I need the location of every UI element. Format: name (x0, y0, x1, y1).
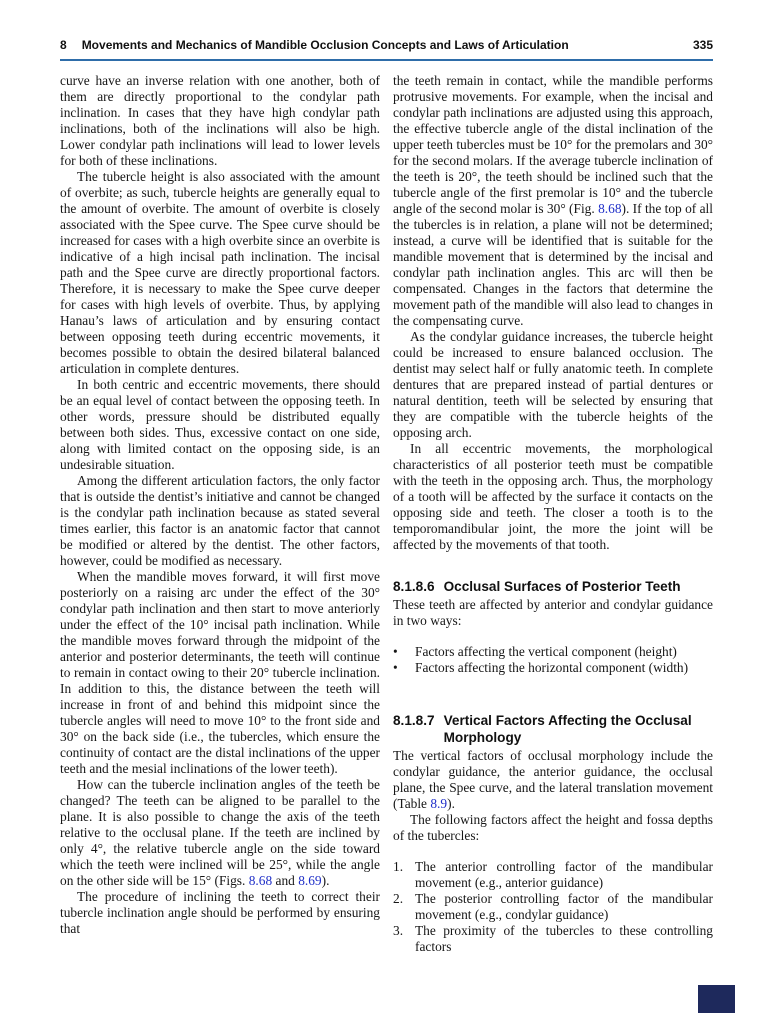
item-number: 3. (393, 923, 415, 955)
paragraph: the teeth remain in contact, while the m… (393, 73, 713, 329)
text-segment: ). If the top of all the tubercles is in… (393, 201, 713, 328)
item-number: 1. (393, 859, 415, 891)
paragraph: The procedure of inclining the teeth to … (60, 889, 380, 937)
numbered-list: 1. The anterior controlling factor of th… (393, 859, 713, 955)
text-segment: ). (447, 796, 455, 811)
item-text: The posterior controlling factor of the … (415, 891, 713, 923)
numbered-item: 3. The proximity of the tubercles to the… (393, 923, 713, 955)
item-text: The proximity of the tubercles to these … (415, 923, 713, 955)
page-corner-tab (698, 985, 735, 1013)
cross-reference-link[interactable]: 8.9 (430, 796, 447, 811)
text-segment: ). (322, 873, 330, 888)
bullet-icon: • (393, 644, 415, 660)
running-head-left: 8 Movements and Mechanics of Mandible Oc… (60, 38, 569, 52)
paragraph: The tubercle height is also associated w… (60, 169, 380, 377)
running-head: 8 Movements and Mechanics of Mandible Oc… (60, 38, 713, 61)
text-segment: and (272, 873, 298, 888)
paragraph: In all eccentric movements, the morpholo… (393, 441, 713, 553)
paragraph: How can the tubercle inclination angles … (60, 777, 380, 889)
text-segment: How can the tubercle inclination angles … (60, 777, 380, 888)
chapter-title: Movements and Mechanics of Mandible Occl… (82, 38, 569, 52)
bullet-item: • Factors affecting the horizontal compo… (393, 660, 713, 676)
paragraph: These teeth are affected by anterior and… (393, 597, 713, 629)
section-number: 8.1.8.7 (393, 712, 435, 746)
paragraph: The vertical factors of occlusal morphol… (393, 748, 713, 812)
bullet-icon: • (393, 660, 415, 676)
cross-reference-link[interactable]: 8.69 (298, 873, 321, 888)
right-column: the teeth remain in contact, while the m… (393, 73, 713, 955)
left-column: curve have an inverse relation with one … (60, 73, 380, 955)
bullet-text: Factors affecting the horizontal compone… (415, 660, 688, 676)
paragraph: When the mandible moves forward, it will… (60, 569, 380, 777)
chapter-number: 8 (60, 38, 67, 52)
numbered-item: 1. The anterior controlling factor of th… (393, 859, 713, 891)
section-title: Occlusal Surfaces of Posterior Teeth (444, 578, 713, 595)
paragraph: In both centric and eccentric movements,… (60, 377, 380, 473)
paragraph: Among the different articulation factors… (60, 473, 380, 569)
section-number: 8.1.8.6 (393, 578, 435, 595)
item-number: 2. (393, 891, 415, 923)
section-heading-8-1-8-6: 8.1.8.6 Occlusal Surfaces of Posterior T… (393, 578, 713, 595)
bullet-list: • Factors affecting the vertical compone… (393, 644, 713, 676)
cross-reference-link[interactable]: 8.68 (598, 201, 621, 216)
book-page: 8 Movements and Mechanics of Mandible Oc… (0, 0, 770, 1024)
paragraph: curve have an inverse relation with one … (60, 73, 380, 169)
text-columns: curve have an inverse relation with one … (60, 73, 713, 955)
text-segment: the teeth remain in contact, while the m… (393, 73, 713, 216)
numbered-item: 2. The posterior controlling factor of t… (393, 891, 713, 923)
bullet-text: Factors affecting the vertical component… (415, 644, 677, 660)
cross-reference-link[interactable]: 8.68 (249, 873, 272, 888)
item-text: The anterior controlling factor of the m… (415, 859, 713, 891)
page-number: 335 (693, 38, 713, 52)
paragraph: As the condylar guidance increases, the … (393, 329, 713, 441)
bullet-item: • Factors affecting the vertical compone… (393, 644, 713, 660)
paragraph: The following factors affect the height … (393, 812, 713, 844)
section-heading-8-1-8-7: 8.1.8.7 Vertical Factors Affecting the O… (393, 712, 713, 746)
section-title: Vertical Factors Affecting the Occlusal … (444, 712, 713, 746)
